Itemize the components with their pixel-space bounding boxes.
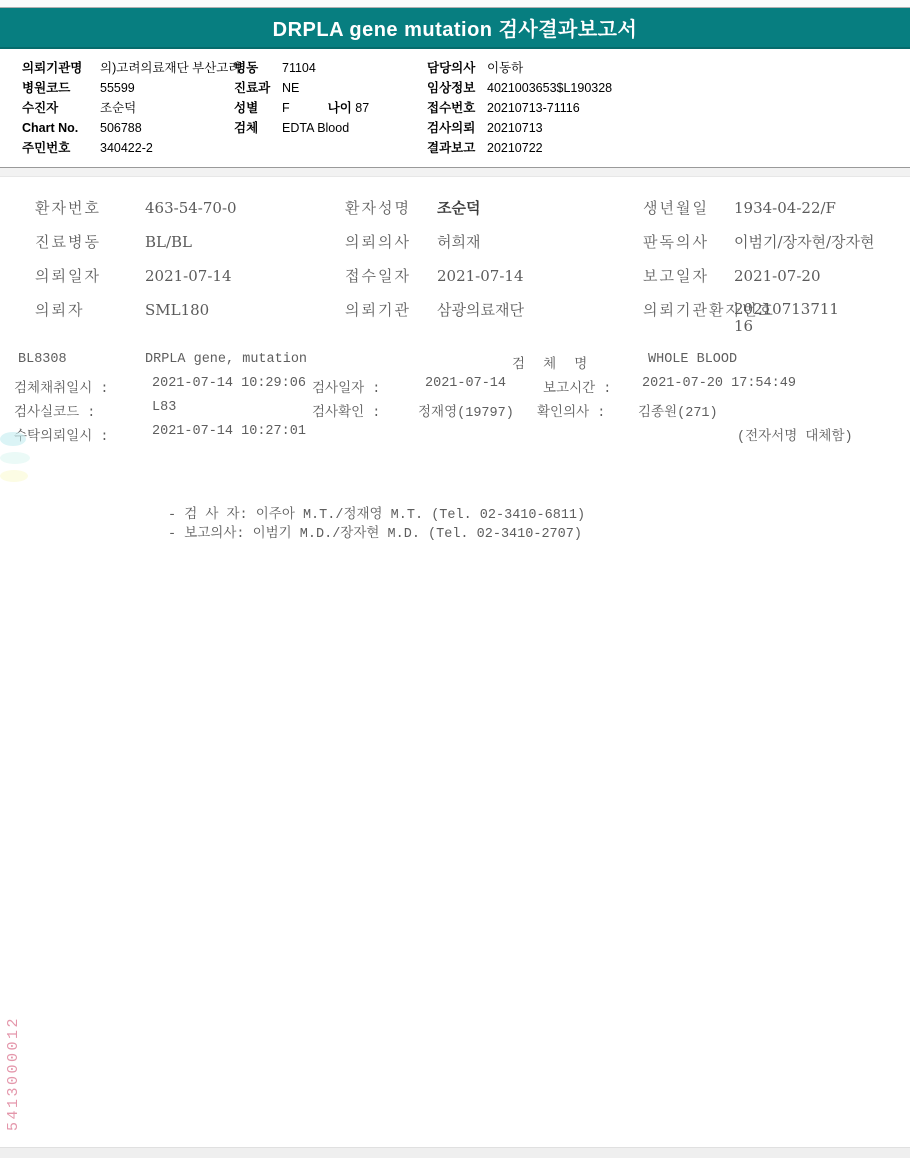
value-test-date: 2021-07-14 <box>425 376 506 391</box>
label-birth-date: 생년월일 <box>643 199 734 218</box>
value-test-request-date: 20210713 <box>487 118 910 138</box>
label-test-request-date: 검사의뢰 <box>427 118 487 138</box>
value-specimen-name: WHOLE BLOOD <box>648 352 737 367</box>
label-age: 나이 <box>328 101 352 115</box>
empty-cell <box>234 138 282 158</box>
label-chart-no: Chart No. <box>22 118 100 138</box>
value-examinee: 조순덕 <box>100 98 234 118</box>
value-report-time: 2021-07-20 17:54:49 <box>642 376 796 391</box>
label-confirm-doctor: 확인의사 : <box>537 400 605 421</box>
patient-info-grid: 환자번호 463-54-70-0 환자성명 조순덕 생년월일 1934-04-2… <box>35 199 898 336</box>
value-department: NE <box>282 78 427 98</box>
test-line-4: 수탁의뢰일시 : 2021-07-14 10:27:01 (전자서명 대체함) <box>0 424 910 448</box>
header-divider-band <box>0 168 910 177</box>
test-code: BL8308 <box>18 352 67 367</box>
examiner-line: - 검 사 자: 이주아 M.T./정재영 M.T. (Tel. 02-3410… <box>168 506 910 525</box>
label-attending-doctor: 담당의사 <box>427 58 487 78</box>
value-requesting-institution: 삼광의료재단 <box>437 301 643 336</box>
value-institution-patient-number: 2021071371116 <box>734 301 842 336</box>
value-patient-number: 463-54-70-0 <box>145 199 345 218</box>
scan-artifact <box>0 470 28 482</box>
page-title: DRPLA gene mutation 검사결과보고서 <box>273 13 638 42</box>
value-request-date: 2021-07-14 <box>145 267 345 286</box>
label-care-ward: 진료병동 <box>35 233 145 252</box>
value-lab-code: L83 <box>152 400 176 415</box>
top-strip <box>0 0 910 8</box>
value-specimen: EDTA Blood <box>282 118 427 138</box>
examiner-block: - 검 사 자: 이주아 M.T./정재영 M.T. (Tel. 02-3410… <box>0 506 910 544</box>
label-receipt-number: 접수번호 <box>427 98 487 118</box>
value-report-date: 2021-07-20 <box>734 267 898 286</box>
label-patient-number: 환자번호 <box>35 199 145 218</box>
label-test-confirm: 검사확인 : <box>312 400 380 421</box>
value-birth-date: 1934-04-22/F <box>734 199 898 218</box>
label-test-date: 검사일자 : <box>312 376 380 397</box>
label-requesting-institution: 의뢰기관 <box>345 301 437 336</box>
bottom-bar <box>0 1147 910 1158</box>
value-age: 87 <box>355 101 369 115</box>
value-consignment-datetime: 2021-07-14 10:27:01 <box>152 424 306 439</box>
label-sex: 성별 <box>234 98 282 118</box>
label-report-date: 보고일자 <box>643 267 734 286</box>
label-consignment-datetime: 수탁의뢰일시 : <box>14 424 108 445</box>
label-specimen: 검체 <box>234 118 282 138</box>
test-line-3: 검사실코드 : L83 검사확인 : 정재영(19797) 확인의사 : 김종원… <box>0 400 910 424</box>
label-hospital-code: 병원코드 <box>22 78 100 98</box>
value-resident-number: 340422-2 <box>100 138 234 158</box>
label-resident-number: 주민번호 <box>22 138 100 158</box>
label-institution-patient-number: 의뢰기관환자번호 <box>643 301 734 336</box>
test-name: DRPLA gene, mutation <box>145 352 307 367</box>
value-collection-datetime: 2021-07-14 10:29:06 <box>152 376 306 391</box>
patient-info-panel: 환자번호 463-54-70-0 환자성명 조순덕 생년월일 1934-04-2… <box>0 199 910 336</box>
electronic-signature-note: (전자서명 대체함) <box>737 424 853 445</box>
value-referring-doctor: 허희재 <box>437 233 643 252</box>
side-barcode-number: . 5413000012 <box>5 1010 21 1158</box>
value-ward: 71104 <box>282 58 427 78</box>
value-chart-no: 506788 <box>100 118 234 138</box>
label-request-date: 의뢰일자 <box>35 267 145 286</box>
label-ward: 병동 <box>234 58 282 78</box>
label-collection-datetime: 검체채취일시 : <box>14 376 108 397</box>
label-reading-doctor: 판독의사 <box>643 233 734 252</box>
value-clinical-info: 4021003653$L190328 <box>487 78 910 98</box>
value-confirm-doctor: 김종원(271) <box>638 400 718 421</box>
value-attending-doctor: 이동하 <box>487 58 910 78</box>
label-examinee: 수진자 <box>22 98 100 118</box>
report-title-bar: DRPLA gene mutation 검사결과보고서 <box>0 8 910 49</box>
label-patient-name: 환자성명 <box>345 199 437 218</box>
label-report-time: 보고시간 : <box>543 376 611 397</box>
value-receipt-number: 20210713-71116 <box>487 98 910 118</box>
label-department: 진료과 <box>234 78 282 98</box>
value-reading-doctor: 이범기/장자현/장자현 <box>734 233 898 252</box>
label-receipt-date: 접수일자 <box>345 267 437 286</box>
test-line-2: 검체채취일시 : 2021-07-14 10:29:06 검사일자 : 2021… <box>0 376 910 400</box>
empty-cell <box>282 138 427 158</box>
value-receipt-date: 2021-07-14 <box>437 267 643 286</box>
report-doctor-line: - 보고의사: 이범기 M.D./장자현 M.D. (Tel. 02-3410-… <box>168 525 910 544</box>
value-hospital-code: 55599 <box>100 78 234 98</box>
value-requesting-org: 의)고려의료재단 부산고려 <box>100 58 234 78</box>
value-result-report-date: 20210722 <box>487 138 910 158</box>
value-care-ward: BL/BL <box>145 233 345 252</box>
value-sex: F <box>282 101 290 115</box>
sex-age-cell: F나이 87 <box>282 98 427 118</box>
label-result-report-date: 결과보고 <box>427 138 487 158</box>
label-requester: 의뢰자 <box>35 301 145 336</box>
value-requester: SML180 <box>145 301 345 336</box>
label-specimen-name: 검 체 명 <box>512 352 592 373</box>
header-info-panel: 의뢰기관명 의)고려의료재단 부산고려 병동 71104 담당의사 이동하 병원… <box>0 49 910 167</box>
value-patient-name: 조순덕 <box>437 199 643 218</box>
label-referring-doctor: 의뢰의사 <box>345 233 437 252</box>
label-lab-code: 검사실코드 : <box>14 400 95 421</box>
header-info-grid: 의뢰기관명 의)고려의료재단 부산고려 병동 71104 담당의사 이동하 병원… <box>22 58 910 158</box>
label-clinical-info: 임상정보 <box>427 78 487 98</box>
label-requesting-org: 의뢰기관명 <box>22 58 100 78</box>
test-line-1: BL8308 DRPLA gene, mutation 검 체 명 WHOLE … <box>0 352 910 376</box>
test-details-section: BL8308 DRPLA gene, mutation 검 체 명 WHOLE … <box>0 352 910 468</box>
value-test-confirm: 정재영(19797) <box>418 400 514 421</box>
